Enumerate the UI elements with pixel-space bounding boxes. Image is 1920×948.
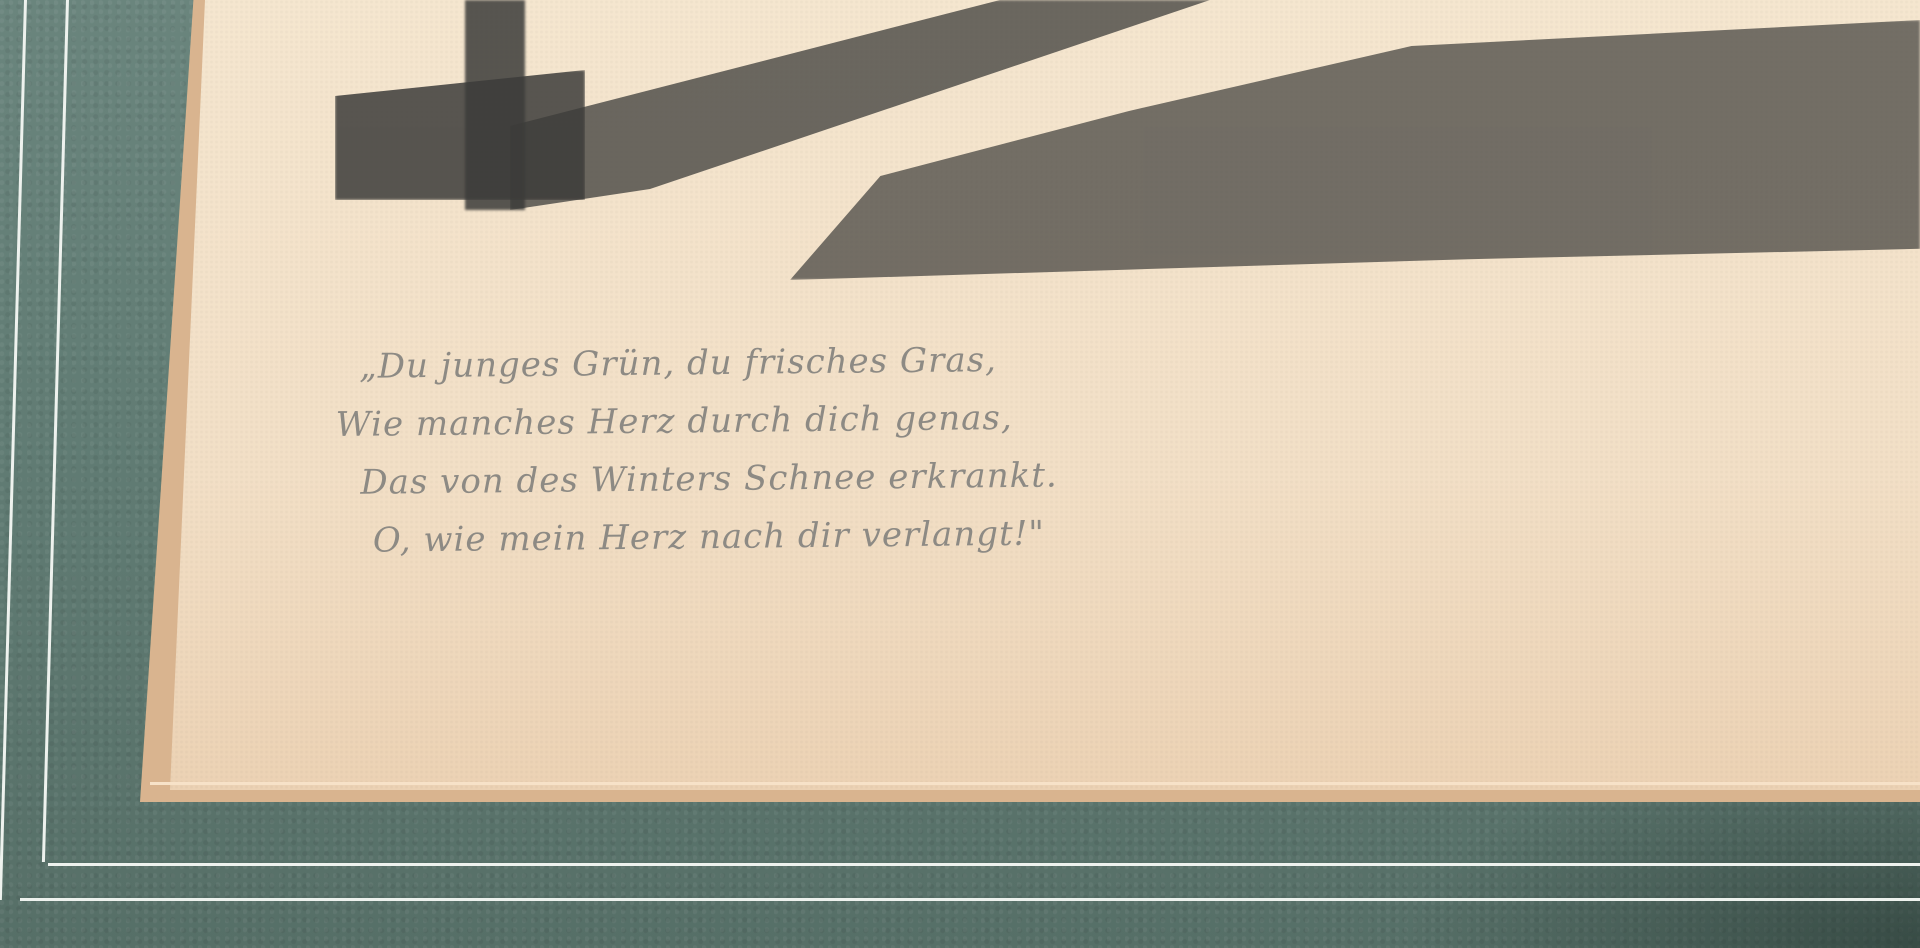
paper-bottom-edge: [150, 782, 1920, 785]
litho-grass-bank: [790, 20, 1920, 280]
handwritten-poem: „Du junges Grün, du frisches Gras, Wie m…: [359, 326, 1461, 570]
poem-line-4: O, wie mein Herz nach dir verlangt!": [373, 500, 1462, 569]
litho-fence: [335, 70, 585, 200]
litho-figure: [465, 0, 525, 210]
mat-pinstripe-outer-horizontal: [20, 898, 1920, 901]
litho-hillside: [510, 0, 1210, 210]
mat-pinstripe-inner-horizontal: [48, 863, 1920, 866]
